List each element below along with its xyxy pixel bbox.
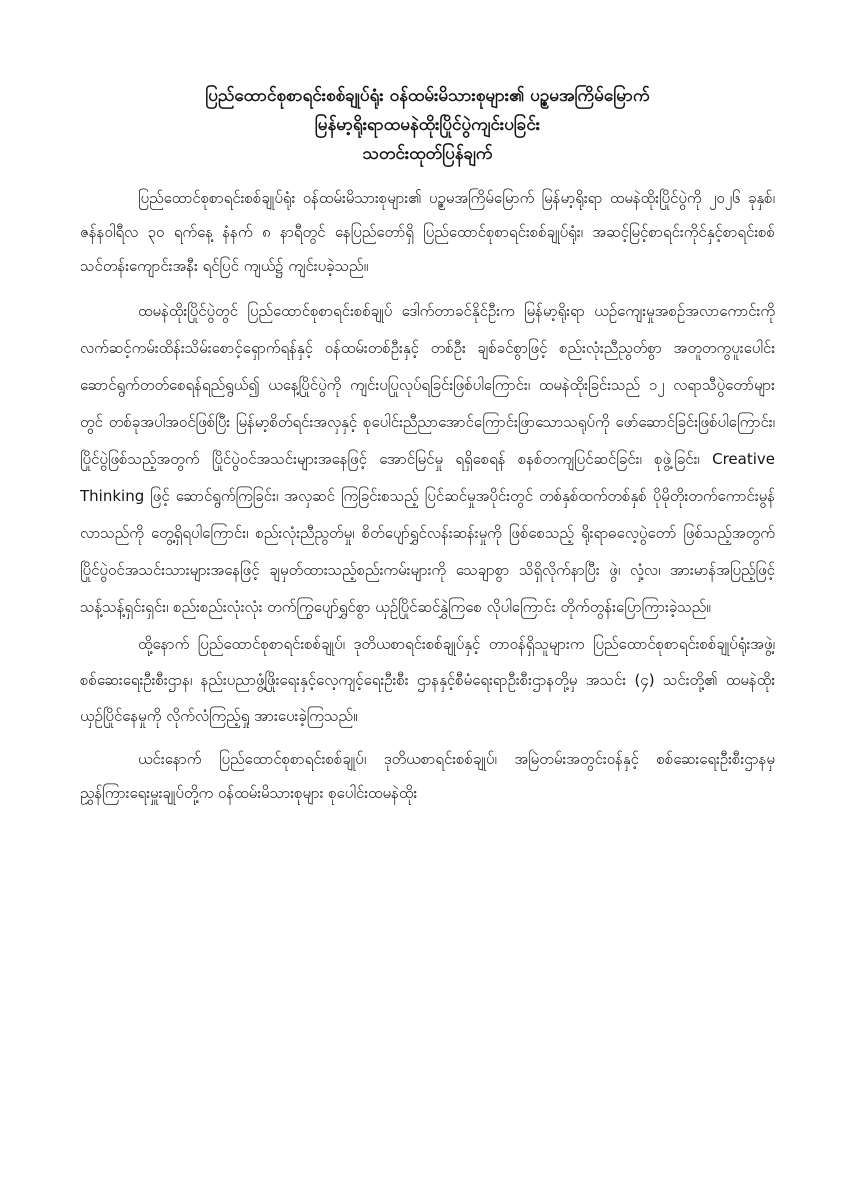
document-heading: ပြည်ထောင်စုစာရင်းစစ်ချုပ်ရုံး ဝန်ထမ်းမိသ… (80, 82, 775, 169)
document-page: ပြည်ထောင်စုစာရင်းစစ်ချုပ်ရုံး ဝန်ထမ်းမိသ… (80, 82, 775, 810)
heading-line-3: သတင်းထုတ်ပြန်ချက် (80, 140, 775, 169)
paragraph-opening-speech: ထမနဲထိုးပြိုင်ပွဲတွင် ပြည်ထောင်စုစာရင်းစ… (80, 293, 775, 626)
heading-line-2: မြန်မာ့ရိုးရာထမနဲထိုးပြိုင်ပွဲကျင်းပခြင်… (80, 111, 775, 140)
paragraph-spectators: ထို့နောက် ပြည်ထောင်စုစာရင်းစစ်ချုပ်၊ ဒုတ… (80, 626, 775, 734)
paragraph-event-summary: ပြည်ထောင်စုစာရင်းစစ်ချုပ်ရုံး ဝန်ထမ်းမိသ… (80, 181, 775, 283)
paragraph-continuation: ယင်းနောက် ပြည်ထောင်စုစာရင်းစစ်ချုပ်၊ ဒုတ… (80, 742, 775, 810)
heading-line-1: ပြည်ထောင်စုစာရင်းစစ်ချုပ်ရုံး ဝန်ထမ်းမိသ… (80, 82, 775, 111)
